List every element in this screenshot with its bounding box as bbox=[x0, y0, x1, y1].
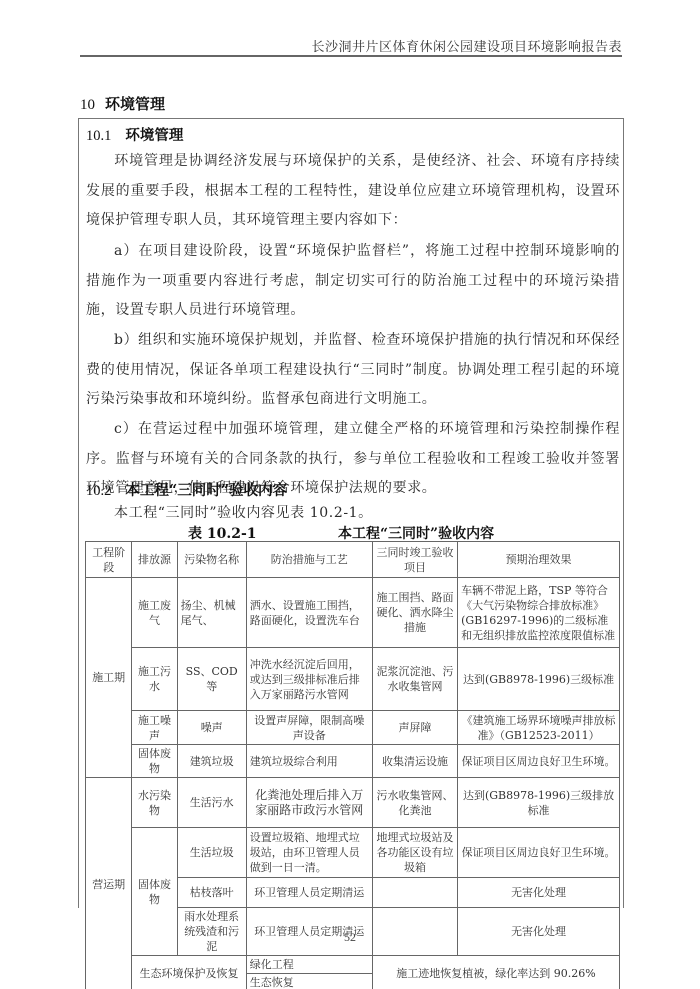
header-measures: 防治措施与工艺 bbox=[246, 542, 372, 578]
stage-construction: 施工期 bbox=[86, 578, 132, 778]
cell-effect: 保证项目区周边良好卫生环境。 bbox=[458, 745, 620, 778]
table-row: 营运期 水污染物 生活污水 化粪池处理后排入万家丽路市政污水管网 污水收集管网、… bbox=[86, 778, 620, 828]
cell-pollutant: 建筑垃圾 bbox=[177, 745, 246, 778]
table-row: 施工噪声 噪声 设置声屏障，限制高噪声设备 声屏障 《建筑施工场界环境噪声排放标… bbox=[86, 711, 620, 745]
header-rule bbox=[80, 55, 622, 57]
cell-pollutant: 枯枝落叶 bbox=[177, 878, 246, 908]
table-row: 生态环境保护及恢复 绿化工程 施工迹地恢复植被，绿化率达到 90.26% bbox=[86, 956, 620, 974]
cell-effect: 达到(GB8978-1996)三级排放标准 bbox=[458, 778, 620, 828]
cell-source: 固体废物 bbox=[132, 745, 177, 778]
cell-measures: 建筑垃圾综合利用 bbox=[246, 745, 372, 778]
page-number: 52 bbox=[0, 930, 700, 945]
header-stage: 工程阶段 bbox=[86, 542, 132, 578]
cell-acceptance: 泥浆沉淀池、污水收集管网 bbox=[372, 648, 457, 711]
paragraph-text: 本工程“三同时”验收内容见表 10.2-1。 bbox=[114, 505, 373, 521]
table-row: 固体废物 建筑垃圾 建筑垃圾综合利用 收集清运设施 保证项目区周边良好卫生环境。 bbox=[86, 745, 620, 778]
cell-measures: 设置垃圾箱、地埋式垃圾站，由环卫管理人员做到一日一清。 bbox=[246, 828, 372, 878]
cell-category-water: 水污染物 bbox=[132, 778, 177, 828]
cell-acceptance: 污水收集管网、化粪池 bbox=[372, 778, 457, 828]
section-number: 10.1 bbox=[86, 128, 111, 144]
paragraph-item-a: a）在项目建设阶段，设置“环境保护监督栏”，将施工过程中控制环境影响的措施作为一… bbox=[86, 237, 620, 326]
cell-effect: 《建筑施工场界环境噪声排放标准》（GB12523-2011） bbox=[458, 711, 620, 745]
cell-effect: 保证项目区周边良好卫生环境。 bbox=[458, 828, 620, 878]
paragraph-item-b: b）组织和实施环境保护规划，并监督、检查环境保护措施的执行情况和环保经费的使用情… bbox=[86, 326, 620, 415]
cell-pollutant: 生活污水 bbox=[177, 778, 246, 828]
header-acceptance: 三同时竣工验收项目 bbox=[372, 542, 457, 578]
paragraph-text: a）在项目建设阶段，设置“环境保护监督栏”，将施工过程中控制环境影响的措施作为一… bbox=[86, 243, 620, 318]
section-number: 10.2 bbox=[86, 483, 111, 499]
table-row: 施工污水 SS、COD 等 冲洗水经沉淀后回用，或达到三级排标准后排入万家丽路污… bbox=[86, 648, 620, 711]
header-effect: 预期治理效果 bbox=[458, 542, 620, 578]
cell-category-eco: 生态环境保护及恢复 bbox=[132, 956, 246, 989]
cell-pollutant: 生活垃圾 bbox=[177, 828, 246, 878]
cell-measures: 环卫管理人员定期清运 bbox=[246, 878, 372, 908]
cell-acceptance: 地埋式垃圾站及各功能区设有垃圾箱 bbox=[372, 828, 457, 878]
paragraph-text: b）组织和实施环境保护规划，并监督、检查环境保护措施的执行情况和环保经费的使用情… bbox=[86, 332, 620, 407]
cell-effect: 施工迹地恢复植被，绿化率达到 90.26% bbox=[372, 956, 619, 989]
header-pollutant: 污染物名称 bbox=[177, 542, 246, 578]
chapter-number: 10 bbox=[80, 97, 95, 113]
cell-acceptance bbox=[372, 878, 457, 908]
table-caption-number: 表 10.2-1 bbox=[188, 523, 257, 543]
running-header: 长沙洞井片区体育休闲公园建设项目环境影响报告表 bbox=[0, 36, 622, 55]
chapter-title: 10环境管理 bbox=[80, 93, 165, 114]
cell-measures: 冲洗水经沉淀后回用，或达到三级排标准后排入万家丽路污水管网 bbox=[246, 648, 372, 711]
cell-pollutant: SS、COD 等 bbox=[177, 648, 246, 711]
cell-source: 施工污水 bbox=[132, 648, 177, 711]
cell-effect: 车辆不带泥上路，TSP 等符合《大气污染物综合排放标准》(GB16297-199… bbox=[458, 578, 620, 648]
stage-operation: 营运期 bbox=[86, 778, 132, 989]
cell-source: 施工噪声 bbox=[132, 711, 177, 745]
table-row: 施工期 施工废气 扬尘、机械尾气、 洒水、设置施工围挡，路面硬化，设置洗车台 施… bbox=[86, 578, 620, 648]
cell-acceptance: 施工围挡、路面硬化、洒水降尘措施 bbox=[372, 578, 457, 648]
chapter-title-text: 环境管理 bbox=[105, 95, 165, 113]
section-title-text: 环境管理 bbox=[125, 127, 183, 144]
table-caption-title: 本工程“三同时”验收内容 bbox=[338, 523, 494, 543]
header-source: 排放源 bbox=[132, 542, 177, 578]
cell-effect: 无害化处理 bbox=[458, 878, 620, 908]
cell-acceptance: 声屏障 bbox=[372, 711, 457, 745]
table-row: 固体废物 生活垃圾 设置垃圾箱、地埋式垃圾站，由环卫管理人员做到一日一清。 地埋… bbox=[86, 828, 620, 878]
cell-measures: 生态恢复 bbox=[246, 974, 372, 989]
section-10-2-title: 10.2本工程“三同时”验收内容 bbox=[86, 479, 287, 500]
cell-acceptance: 收集清运设施 bbox=[372, 745, 457, 778]
cell-pollutant: 扬尘、机械尾气、 bbox=[177, 578, 246, 648]
paragraph-intro: 环境管理是协调经济发展与环境保护的关系，是使经济、社会、环境有序持续发展的重要手… bbox=[86, 147, 620, 236]
paragraph-text: 环境管理是协调经济发展与环境保护的关系，是使经济、社会、环境有序持续发展的重要手… bbox=[86, 153, 620, 228]
cell-measures: 化粪池处理后排入万家丽路市政污水管网 bbox=[246, 778, 372, 828]
cell-measures: 设置声屏障，限制高噪声设备 bbox=[246, 711, 372, 745]
acceptance-table: 工程阶段 排放源 污染物名称 防治措施与工艺 三同时竣工验收项目 预期治理效果 … bbox=[85, 541, 620, 989]
cell-measures: 绿化工程 bbox=[246, 956, 372, 974]
cell-effect: 达到(GB8978-1996)三级标准 bbox=[458, 648, 620, 711]
section-10-1-title: 10.1环境管理 bbox=[86, 124, 183, 145]
cell-pollutant: 噪声 bbox=[177, 711, 246, 745]
table-header-row: 工程阶段 排放源 污染物名称 防治措施与工艺 三同时竣工验收项目 预期治理效果 bbox=[86, 542, 620, 578]
cell-source: 施工废气 bbox=[132, 578, 177, 648]
section-title-text: 本工程“三同时”验收内容 bbox=[125, 482, 287, 499]
cell-measures: 洒水、设置施工围挡，路面硬化，设置洗车台 bbox=[246, 578, 372, 648]
